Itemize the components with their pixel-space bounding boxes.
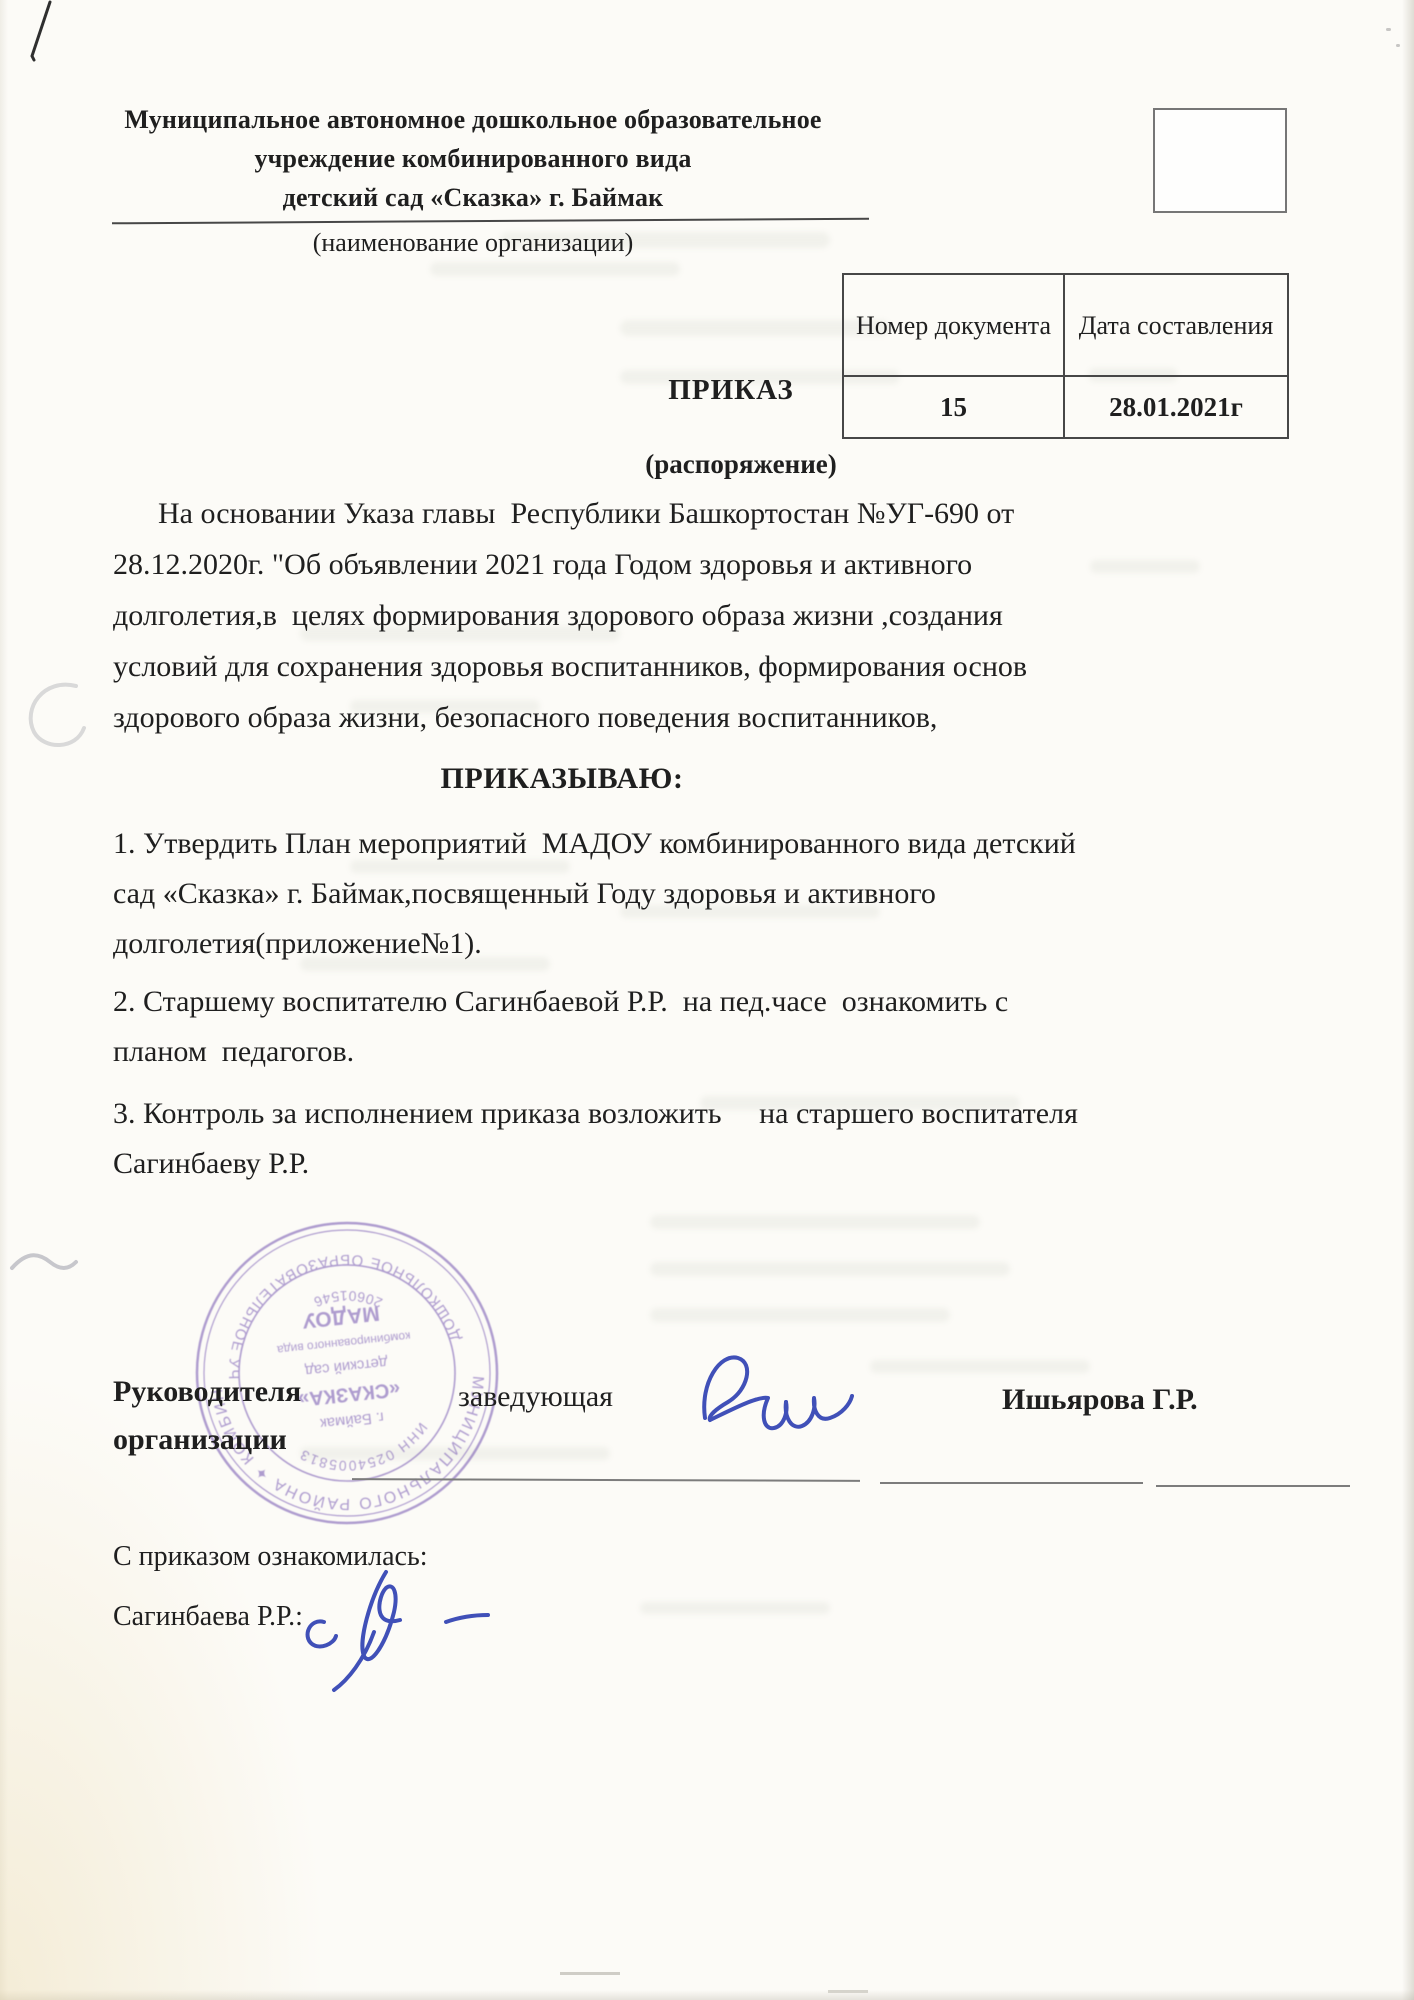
pen-mark-top-left	[18, 0, 68, 70]
order-item-1-line-1: 1. Утвердить План мероприятий МАДОУ комб…	[113, 827, 1076, 861]
stamp-center-name: «СКАЗКА»	[297, 1378, 401, 1411]
order-heading: ПРИКАЗЫВАЮ:	[352, 762, 772, 796]
ghost-circle-mark	[14, 670, 104, 760]
org-name-underline	[112, 218, 869, 225]
scan-mark-bottom	[560, 1972, 620, 1975]
signer-position: заведующая	[458, 1380, 613, 1414]
scan-mark-bottom	[828, 1990, 868, 1993]
org-name-header: Муниципальное автономное дошкольное обра…	[92, 100, 854, 217]
signer-role-line-1: Руководителя	[113, 1375, 301, 1409]
stamp-center-kind: детский сад	[304, 1354, 388, 1380]
bleedthrough-mark	[650, 1215, 980, 1229]
preamble-line-4: условий для сохранения здоровья воспитан…	[113, 650, 1027, 684]
order-item-2-line-2: планом педагогов.	[113, 1035, 354, 1069]
stamp-center-abbr: МАДОУ	[301, 1301, 381, 1332]
preamble-line-5: здорового образа жизни, безопасного пове…	[113, 701, 937, 735]
org-name-line3: детский сад «Сказка» г. Баймак	[92, 178, 854, 217]
doc-number-cell: 15	[843, 376, 1064, 438]
order-item-1-line-2: сад «Сказка» г. Баймак,посвященный Году …	[113, 877, 936, 911]
preamble-line-1: На основании Указа главы Республики Башк…	[158, 497, 1014, 531]
order-item-3-line-1: 3. Контроль за исполнением приказа возло…	[113, 1097, 1078, 1131]
acknowledger-name: Сагинбаева Р.Р.:	[113, 1600, 303, 1634]
doc-date-cell: 28.01.2021г	[1064, 376, 1288, 438]
org-name-caption: (наименование организации)	[92, 228, 854, 258]
form-code-box	[1153, 108, 1287, 213]
doc-date-header-cell: Дата составления	[1064, 274, 1288, 376]
doc-title: ПРИКАЗ	[601, 374, 861, 407]
head-signature-stroke	[680, 1338, 910, 1448]
signer-role-line-2: организации	[113, 1423, 287, 1457]
org-name-line2: учреждение комбинированного вида	[92, 139, 854, 178]
ghost-squiggle-mark	[6, 1240, 86, 1290]
doc-subtitle: (распоряжение)	[601, 449, 881, 480]
signature-line-3	[1156, 1485, 1350, 1487]
order-item-3-line-2: Сагинбаеву Р.Р.	[113, 1147, 309, 1181]
acknowledger-signature-stroke	[290, 1558, 530, 1698]
scanned-order-document: { "header": { "org_line1": "Муниципально…	[0, 0, 1414, 2000]
order-item-1-line-3: долголетия(приложение№1).	[113, 927, 482, 961]
bleedthrough-mark	[650, 1262, 1010, 1276]
signature-line-2	[880, 1482, 1143, 1484]
scan-edge-shadow-right	[1402, 0, 1414, 2000]
stamp-center-type: комбинированного вида	[276, 1329, 411, 1357]
bleedthrough-mark	[350, 860, 570, 873]
scan-speck	[1386, 28, 1391, 31]
stamp-center-city: г. Баймак	[319, 1408, 385, 1432]
doc-number-header-cell: Номер документа	[843, 274, 1064, 376]
org-name-line1: Муниципальное автономное дошкольное обра…	[92, 100, 854, 139]
table-header-row: Номер документа Дата составления	[843, 274, 1288, 376]
scan-speck	[1396, 44, 1400, 47]
bleedthrough-mark	[1090, 560, 1200, 573]
round-stamp: МУНИЦИПАЛЬНОГО РАЙОНА ✦ КОМБИНИРОВАННОГО…	[162, 1188, 532, 1558]
signer-name: Ишьярова Г.Р.	[1002, 1383, 1198, 1417]
bleedthrough-mark	[650, 1308, 950, 1322]
order-item-2-line-1: 2. Старшему воспитателю Сагинбаевой Р.Р.…	[113, 985, 1008, 1019]
preamble-line-2: 28.12.2020г. "Об объявлении 2021 года Го…	[113, 548, 972, 582]
preamble-line-3: долголетия,в целях формирования здоровог…	[113, 599, 1003, 633]
doc-meta-table: Номер документа Дата составления 15 28.0…	[842, 273, 1289, 439]
table-value-row: 15 28.01.2021г	[843, 376, 1288, 438]
bleedthrough-mark	[430, 262, 680, 276]
bleedthrough-mark	[640, 1602, 830, 1614]
